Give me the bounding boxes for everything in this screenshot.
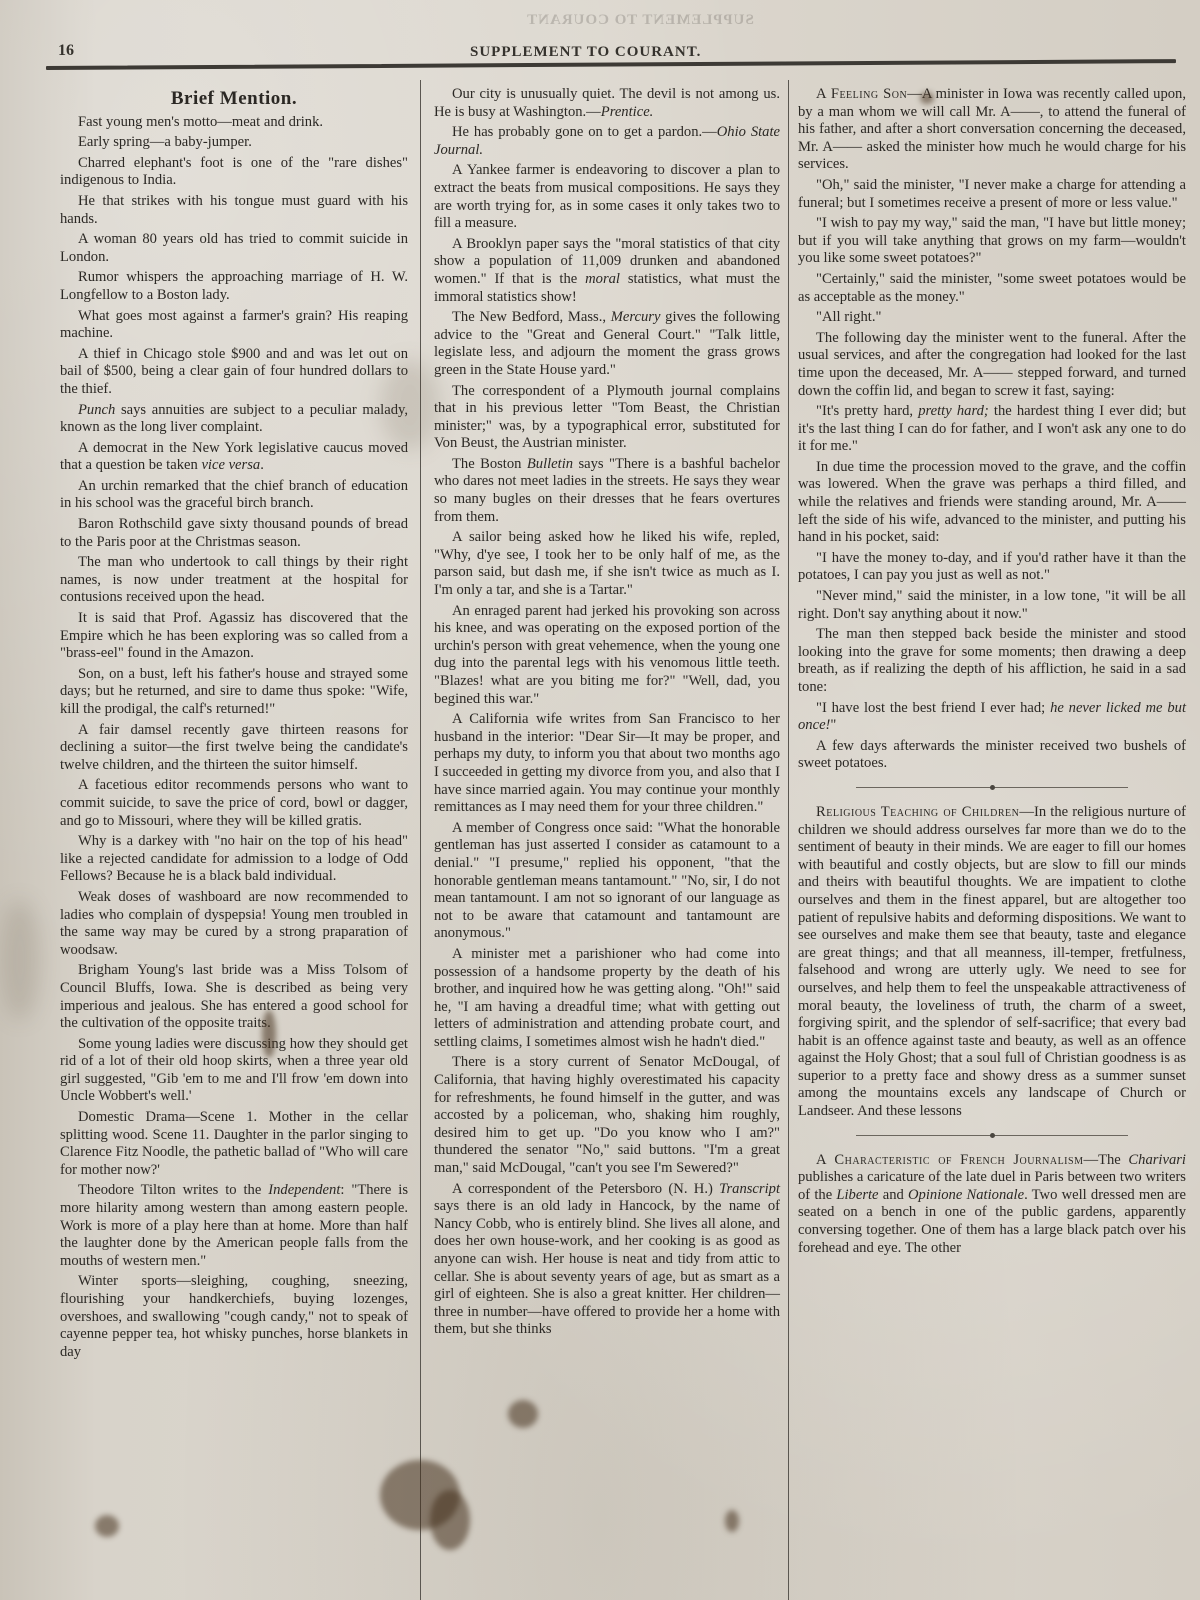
article-paragraph: A correspondent of the Petersboro (N. H.…: [434, 1181, 780, 1339]
divider-dot-icon: [990, 785, 995, 790]
article-paragraph: Religious Teaching of Children—In the re…: [798, 804, 1186, 1121]
article-paragraph: The New Bedford, Mass., Mercury gives th…: [434, 309, 780, 379]
article-paragraph: "All right.": [798, 309, 1186, 327]
article-divider: [856, 787, 1128, 788]
article-paragraph: The correspondent of a Plymouth journal …: [434, 383, 780, 453]
article-lead-heading: A Characteristic of French Journalism: [816, 1152, 1083, 1168]
article-paragraph: Brigham Young's last bride was a Miss To…: [60, 962, 408, 1032]
article-paragraph: Some young ladies were discussing how th…: [60, 1036, 408, 1106]
article-paragraph: A Brooklyn paper says the "moral statist…: [434, 236, 780, 306]
article-paragraph: What goes most against a farmer's grain?…: [60, 308, 408, 343]
column-rule-1: [420, 80, 421, 1600]
article-paragraph: A fair damsel recently gave thirteen rea…: [60, 722, 408, 775]
article-paragraph: Why is a darkey with "no hair on the top…: [60, 833, 408, 886]
article-paragraph: A California wife writes from San Franci…: [434, 711, 780, 817]
article-lead-heading: Religious Teaching of Children: [816, 804, 1019, 820]
ink-stain: [430, 1490, 470, 1550]
article-paragraph: "I have lost the best friend I ever had;…: [798, 700, 1186, 735]
article-paragraph: He has probably gone on to get a pardon.…: [434, 124, 780, 159]
article-paragraph: There is a story current of Senator McDo…: [434, 1054, 780, 1177]
newspaper-title: SUPPLEMENT TO COURANT.: [470, 44, 701, 61]
middle-items: Our city is unusually quiet. The devil i…: [434, 86, 780, 1339]
article-paragraph: The man then stepped back beside the min…: [798, 626, 1186, 696]
article-paragraph: In due time the procession moved to the …: [798, 459, 1186, 547]
article-paragraph: Fast young men's motto—meat and drink.: [60, 114, 408, 132]
article-paragraph: A Yankee farmer is endeavoring to discov…: [434, 162, 780, 232]
article-paragraph: A democrat in the New York legislative c…: [60, 440, 408, 475]
brief-mention-items: Fast young men's motto—meat and drink.Ea…: [60, 114, 408, 1362]
religious-teaching-items: Religious Teaching of Children—In the re…: [798, 804, 1186, 1121]
article-paragraph: A Characteristic of French Journalism—Th…: [798, 1152, 1186, 1258]
article-paragraph: Early spring—a baby-jumper.: [60, 134, 408, 152]
article-paragraph: Charred elephant's foot is one of the "r…: [60, 155, 408, 190]
article-paragraph: Punch says annuities are subject to a pe…: [60, 402, 408, 437]
ink-stain: [725, 1510, 739, 1532]
article-paragraph: A facetious editor recommends persons wh…: [60, 777, 408, 830]
article-paragraph: A few days afterwards the minister recei…: [798, 738, 1186, 773]
article-paragraph: The man who undertook to call things by …: [60, 554, 408, 607]
article-lead-heading: A Feeling Son: [816, 86, 907, 102]
article-paragraph: The following day the minister went to t…: [798, 330, 1186, 400]
feeling-son-items: A Feeling Son—A minister in Iowa was rec…: [798, 86, 1186, 773]
article-paragraph: The Boston Bulletin says "There is a bas…: [434, 456, 780, 526]
article-paragraph: Theodore Tilton writes to the Independen…: [60, 1182, 408, 1270]
column-middle: Our city is unusually quiet. The devil i…: [434, 86, 780, 1342]
section-heading-brief-mention: Brief Mention.: [60, 90, 408, 108]
article-paragraph: Son, on a bust, left his father's house …: [60, 666, 408, 719]
article-paragraph: A member of Congress once said: "What th…: [434, 820, 780, 943]
article-paragraph: "Never mind," said the minister, in a lo…: [798, 588, 1186, 623]
article-paragraph: "It's pretty hard, pretty hard; the hard…: [798, 403, 1186, 456]
article-french-journalism: A Characteristic of French Journalism—Th…: [798, 1152, 1186, 1258]
article-paragraph: A Feeling Son—A minister in Iowa was rec…: [798, 86, 1186, 174]
ink-stain: [508, 1400, 538, 1428]
article-paragraph: "I have the money to-day, and if you'd r…: [798, 550, 1186, 585]
column-right: A Feeling Son—A minister in Iowa was rec…: [798, 86, 1186, 1260]
article-paragraph: "Certainly," said the minister, "some sw…: [798, 271, 1186, 306]
article-paragraph: Rumor whispers the approaching marriage …: [60, 269, 408, 304]
article-paragraph: "Oh," said the minister, "I never make a…: [798, 177, 1186, 212]
article-religious-teaching: Religious Teaching of Children—In the re…: [798, 804, 1186, 1121]
article-paragraph: Winter sports—sleighing, coughing, sneez…: [60, 1273, 408, 1361]
bleed-through-text: SUPPLEMENT TO COURANT: [470, 12, 810, 29]
divider-dot-icon: [990, 1133, 995, 1138]
article-feeling-son: A Feeling Son—A minister in Iowa was rec…: [798, 86, 1186, 773]
article-paragraph: An urchin remarked that the chief branch…: [60, 478, 408, 513]
article-paragraph: A minister met a parishioner who had com…: [434, 946, 780, 1052]
paper-smudge: [0, 900, 40, 1020]
article-divider: [856, 1135, 1128, 1136]
article-paragraph: An enraged parent had jerked his provoki…: [434, 603, 780, 709]
article-paragraph: It is said that Prof. Agassiz has discov…: [60, 610, 408, 663]
article-paragraph: He that strikes with his tongue must gua…: [60, 193, 408, 228]
article-paragraph: Weak doses of washboard are now recommen…: [60, 889, 408, 959]
article-paragraph: A woman 80 years old has tried to commit…: [60, 231, 408, 266]
article-paragraph: "I wish to pay my way," said the man, "I…: [798, 215, 1186, 268]
article-paragraph: Baron Rothschild gave sixty thousand pou…: [60, 516, 408, 551]
ink-stain: [95, 1515, 119, 1537]
article-paragraph: Our city is unusually quiet. The devil i…: [434, 86, 780, 121]
article-paragraph: Domestic Drama—Scene 1. Mother in the ce…: [60, 1109, 408, 1179]
article-paragraph: A thief in Chicago stole $900 and and wa…: [60, 346, 408, 399]
column-rule-2: [788, 80, 789, 1600]
column-brief-mention: Brief Mention. Fast young men's motto—me…: [60, 86, 408, 1364]
french-journalism-items: A Characteristic of French Journalism—Th…: [798, 1152, 1186, 1258]
page-number: 16: [58, 42, 74, 60]
article-paragraph: A sailor being asked how he liked his wi…: [434, 529, 780, 599]
